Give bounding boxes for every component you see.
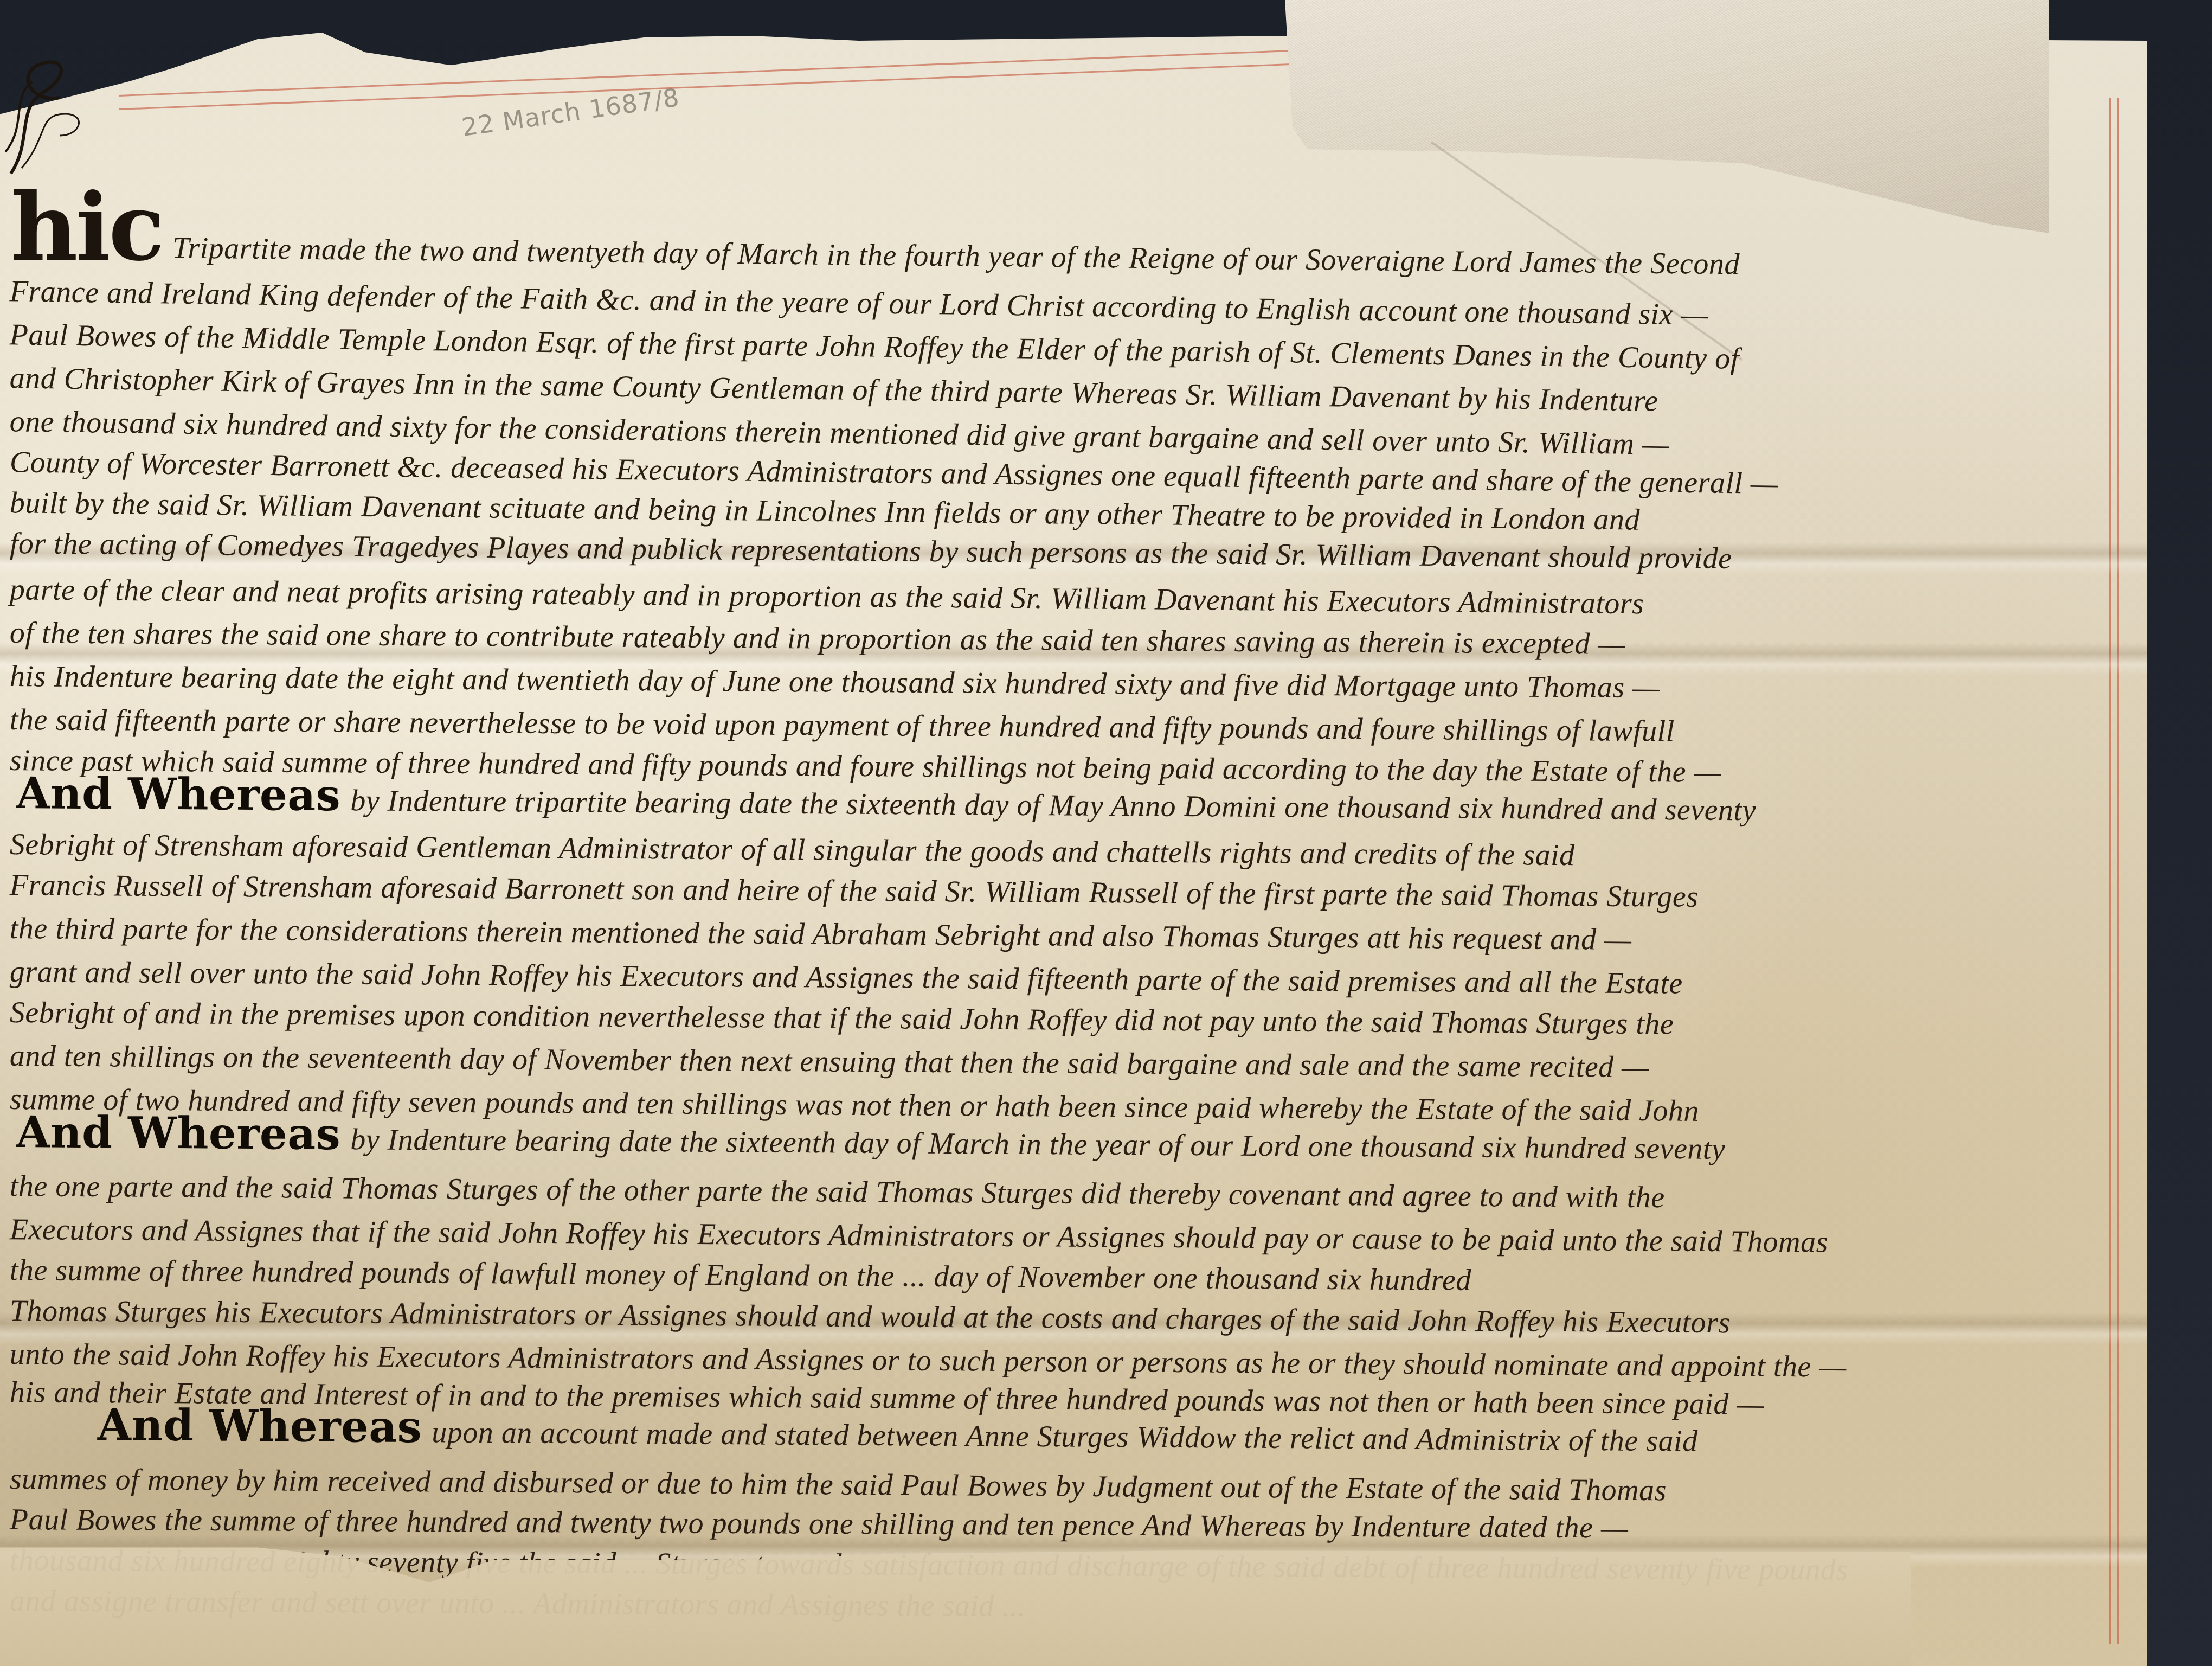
red-ruling-right-margin-2 <box>2117 98 2119 1644</box>
red-ruling-right-margin <box>2109 98 2111 1644</box>
calligraphic-flourish-icon <box>0 43 130 184</box>
